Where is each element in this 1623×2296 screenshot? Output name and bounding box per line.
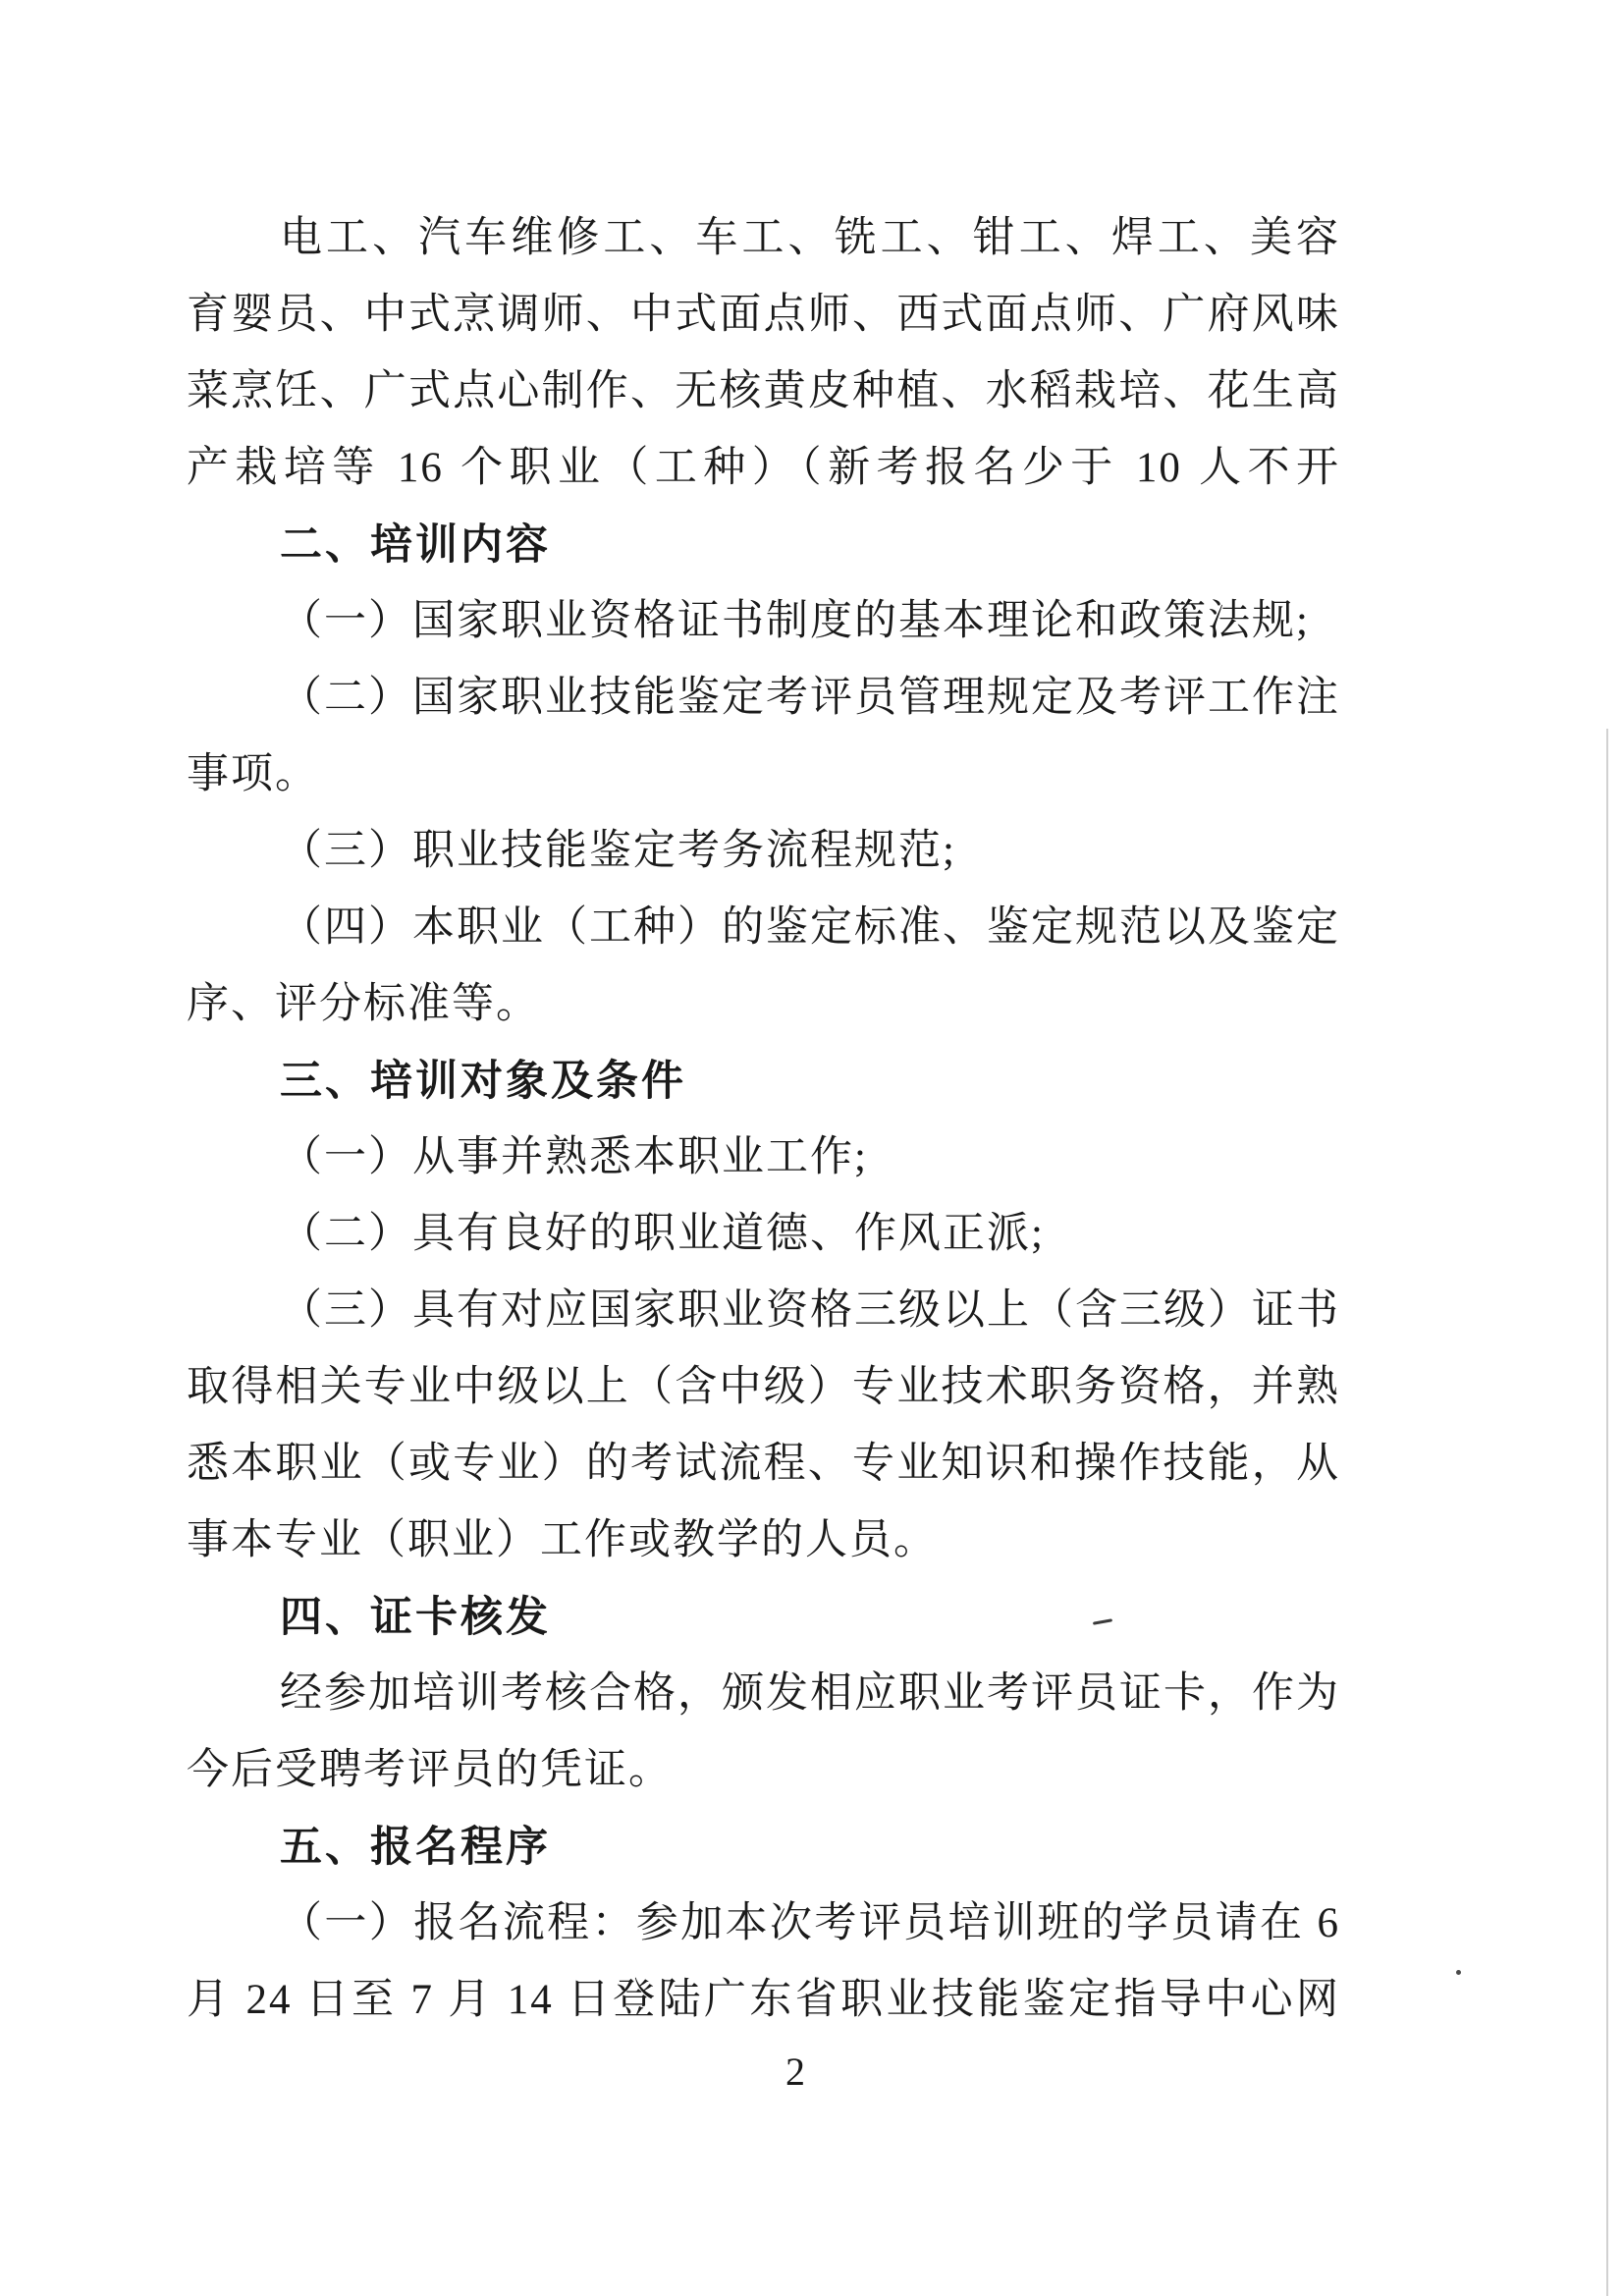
document-text-line: （一）报名流程：参加本次考评员培训班的学员请在 6 [187, 1886, 1340, 1962]
document-text-line: （一）国家职业资格证书制度的基本理论和政策法规; [187, 583, 1340, 660]
document-text-line: 月 24 日至 7 月 14 日登陆广东省职业技能鉴定指导中心网站 [187, 1962, 1340, 2039]
document-text-line: 电工、汽车维修工、车工、铣工、钳工、焊工、美容师、 [187, 200, 1340, 277]
document-text-line: 事项。 [187, 737, 1340, 813]
section-heading: 二、培训内容 [187, 507, 1340, 583]
document-text-line: 经参加培训考核合格，颁发相应职业考评员证卡，作为 [187, 1656, 1340, 1732]
section-heading: 五、报名程序 [187, 1809, 1340, 1886]
document-text-line: （四）本职业（工种）的鉴定标准、鉴定规范以及鉴定程 [187, 890, 1340, 966]
scan-artifact-vertical-line [1606, 729, 1608, 2296]
document-text-line: 菜烹饪、广式点心制作、无核黄皮种植、水稻栽培、花生高 [187, 354, 1340, 430]
document-body: 电工、汽车维修工、车工、铣工、钳工、焊工、美容师、育婴员、中式烹调师、中式面点师… [187, 200, 1340, 2039]
document-text-line: 事本专业（职业）工作或教学的人员。 [187, 1503, 1340, 1579]
scan-artifact-dot [1456, 1970, 1461, 1975]
document-text-line: 产栽培等 16 个职业（工种）（新考报名少于 10 人不开班）。 [187, 430, 1340, 507]
page-number: 2 [727, 2049, 864, 2095]
section-heading: 四、证卡核发 [187, 1579, 1340, 1656]
document-text-line: （三）具有对应国家职业资格三级以上（含三级）证书或 [187, 1273, 1340, 1349]
document-text-line: 悉本职业（或专业）的考试流程、专业知识和操作技能，从 [187, 1426, 1340, 1503]
section-heading: 三、培训对象及条件 [187, 1043, 1340, 1120]
document-page: 电工、汽车维修工、车工、铣工、钳工、焊工、美容师、育婴员、中式烹调师、中式面点师… [0, 0, 1623, 2296]
document-text-line: 育婴员、中式烹调师、中式面点师、西式面点师、广府风味 [187, 277, 1340, 354]
document-text-line: 取得相关专业中级以上（含中级）专业技术职务资格，并熟 [187, 1349, 1340, 1426]
document-text-line: （三）职业技能鉴定考务流程规范; [187, 813, 1340, 890]
document-text-line: 序、评分标准等。 [187, 966, 1340, 1043]
document-text-line: 今后受聘考评员的凭证。 [187, 1732, 1340, 1809]
document-text-line: （一）从事并熟悉本职业工作; [187, 1120, 1340, 1196]
document-text-line: （二）具有良好的职业道德、作风正派; [187, 1196, 1340, 1273]
document-text-line: （二）国家职业技能鉴定考评员管理规定及考评工作注意 [187, 660, 1340, 737]
